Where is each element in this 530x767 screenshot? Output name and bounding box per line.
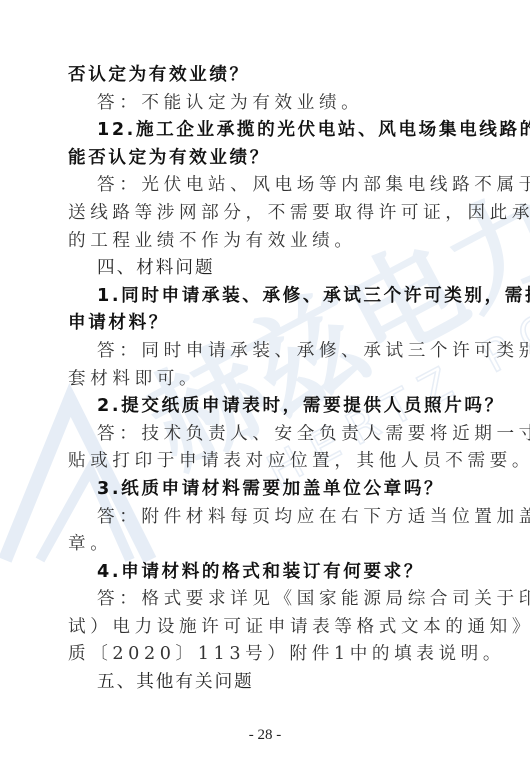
question-m1-continuation: 申请材料？ <box>68 310 470 338</box>
question-11-continuation: 否认定为有效业绩？ <box>68 62 470 90</box>
document-page: 否认定为有效业绩？ 答：不能认定为有效业绩。 12.施工企业承揽的光伏电站、风电… <box>68 62 470 697</box>
page-number: - 28 - <box>0 727 530 744</box>
question-m1: 1.同时申请承装、承修、承试三个许可类别，需提供几套 <box>68 283 470 311</box>
section-heading-materials: 四、材料问题 <box>68 255 470 283</box>
answer-m3-line-2: 章。 <box>68 531 470 559</box>
question-12-continuation: 能否认定为有效业绩？ <box>68 145 470 173</box>
answer-m2-line-2: 贴或打印于申请表对应位置，其他人员不需要。 <box>68 448 470 476</box>
answer-m1: 答：同时申请承装、承修、承试三个许可类别的，提供一 <box>68 338 470 366</box>
answer-m2: 答：技术负责人、安全负责人需要将近期一寸免冠彩照粘 <box>68 421 470 449</box>
answer-m3: 答：附件材料每页均应在右下方适当位置加盖申请单位公 <box>68 504 470 532</box>
question-m2: 2.提交纸质申请表时，需要提供人员照片吗？ <box>68 393 470 421</box>
answer-12: 答：光伏电站、风电场等内部集电线路不属于升压站和外 <box>68 172 470 200</box>
question-m4: 4.申请材料的格式和装订有何要求？ <box>68 559 470 587</box>
answer-12-line-3: 的工程业绩不作为有效业绩。 <box>68 228 470 256</box>
question-m3: 3.纸质申请材料需要加盖单位公章吗？ <box>68 476 470 504</box>
answer-m4-line-2: 试）电力设施许可证申请表等格式文本的通知》（国能综通资 <box>68 614 470 642</box>
answer-11: 答：不能认定为有效业绩。 <box>68 90 470 118</box>
answer-m1-line-2: 套材料即可。 <box>68 366 470 394</box>
answer-m4: 答：格式要求详见《国家能源局综合司关于印发承装（修、 <box>68 586 470 614</box>
answer-m4-line-3: 质〔2020〕113号）附件1中的填表说明。 <box>68 641 470 669</box>
section-heading-other: 五、其他有关问题 <box>68 669 470 697</box>
question-12: 12.施工企业承揽的光伏电站、风电场集电线路的工程业绩 <box>68 117 470 145</box>
answer-12-line-2: 送线路等涉网部分，不需要取得许可证，因此承揽的集电线路 <box>68 200 470 228</box>
